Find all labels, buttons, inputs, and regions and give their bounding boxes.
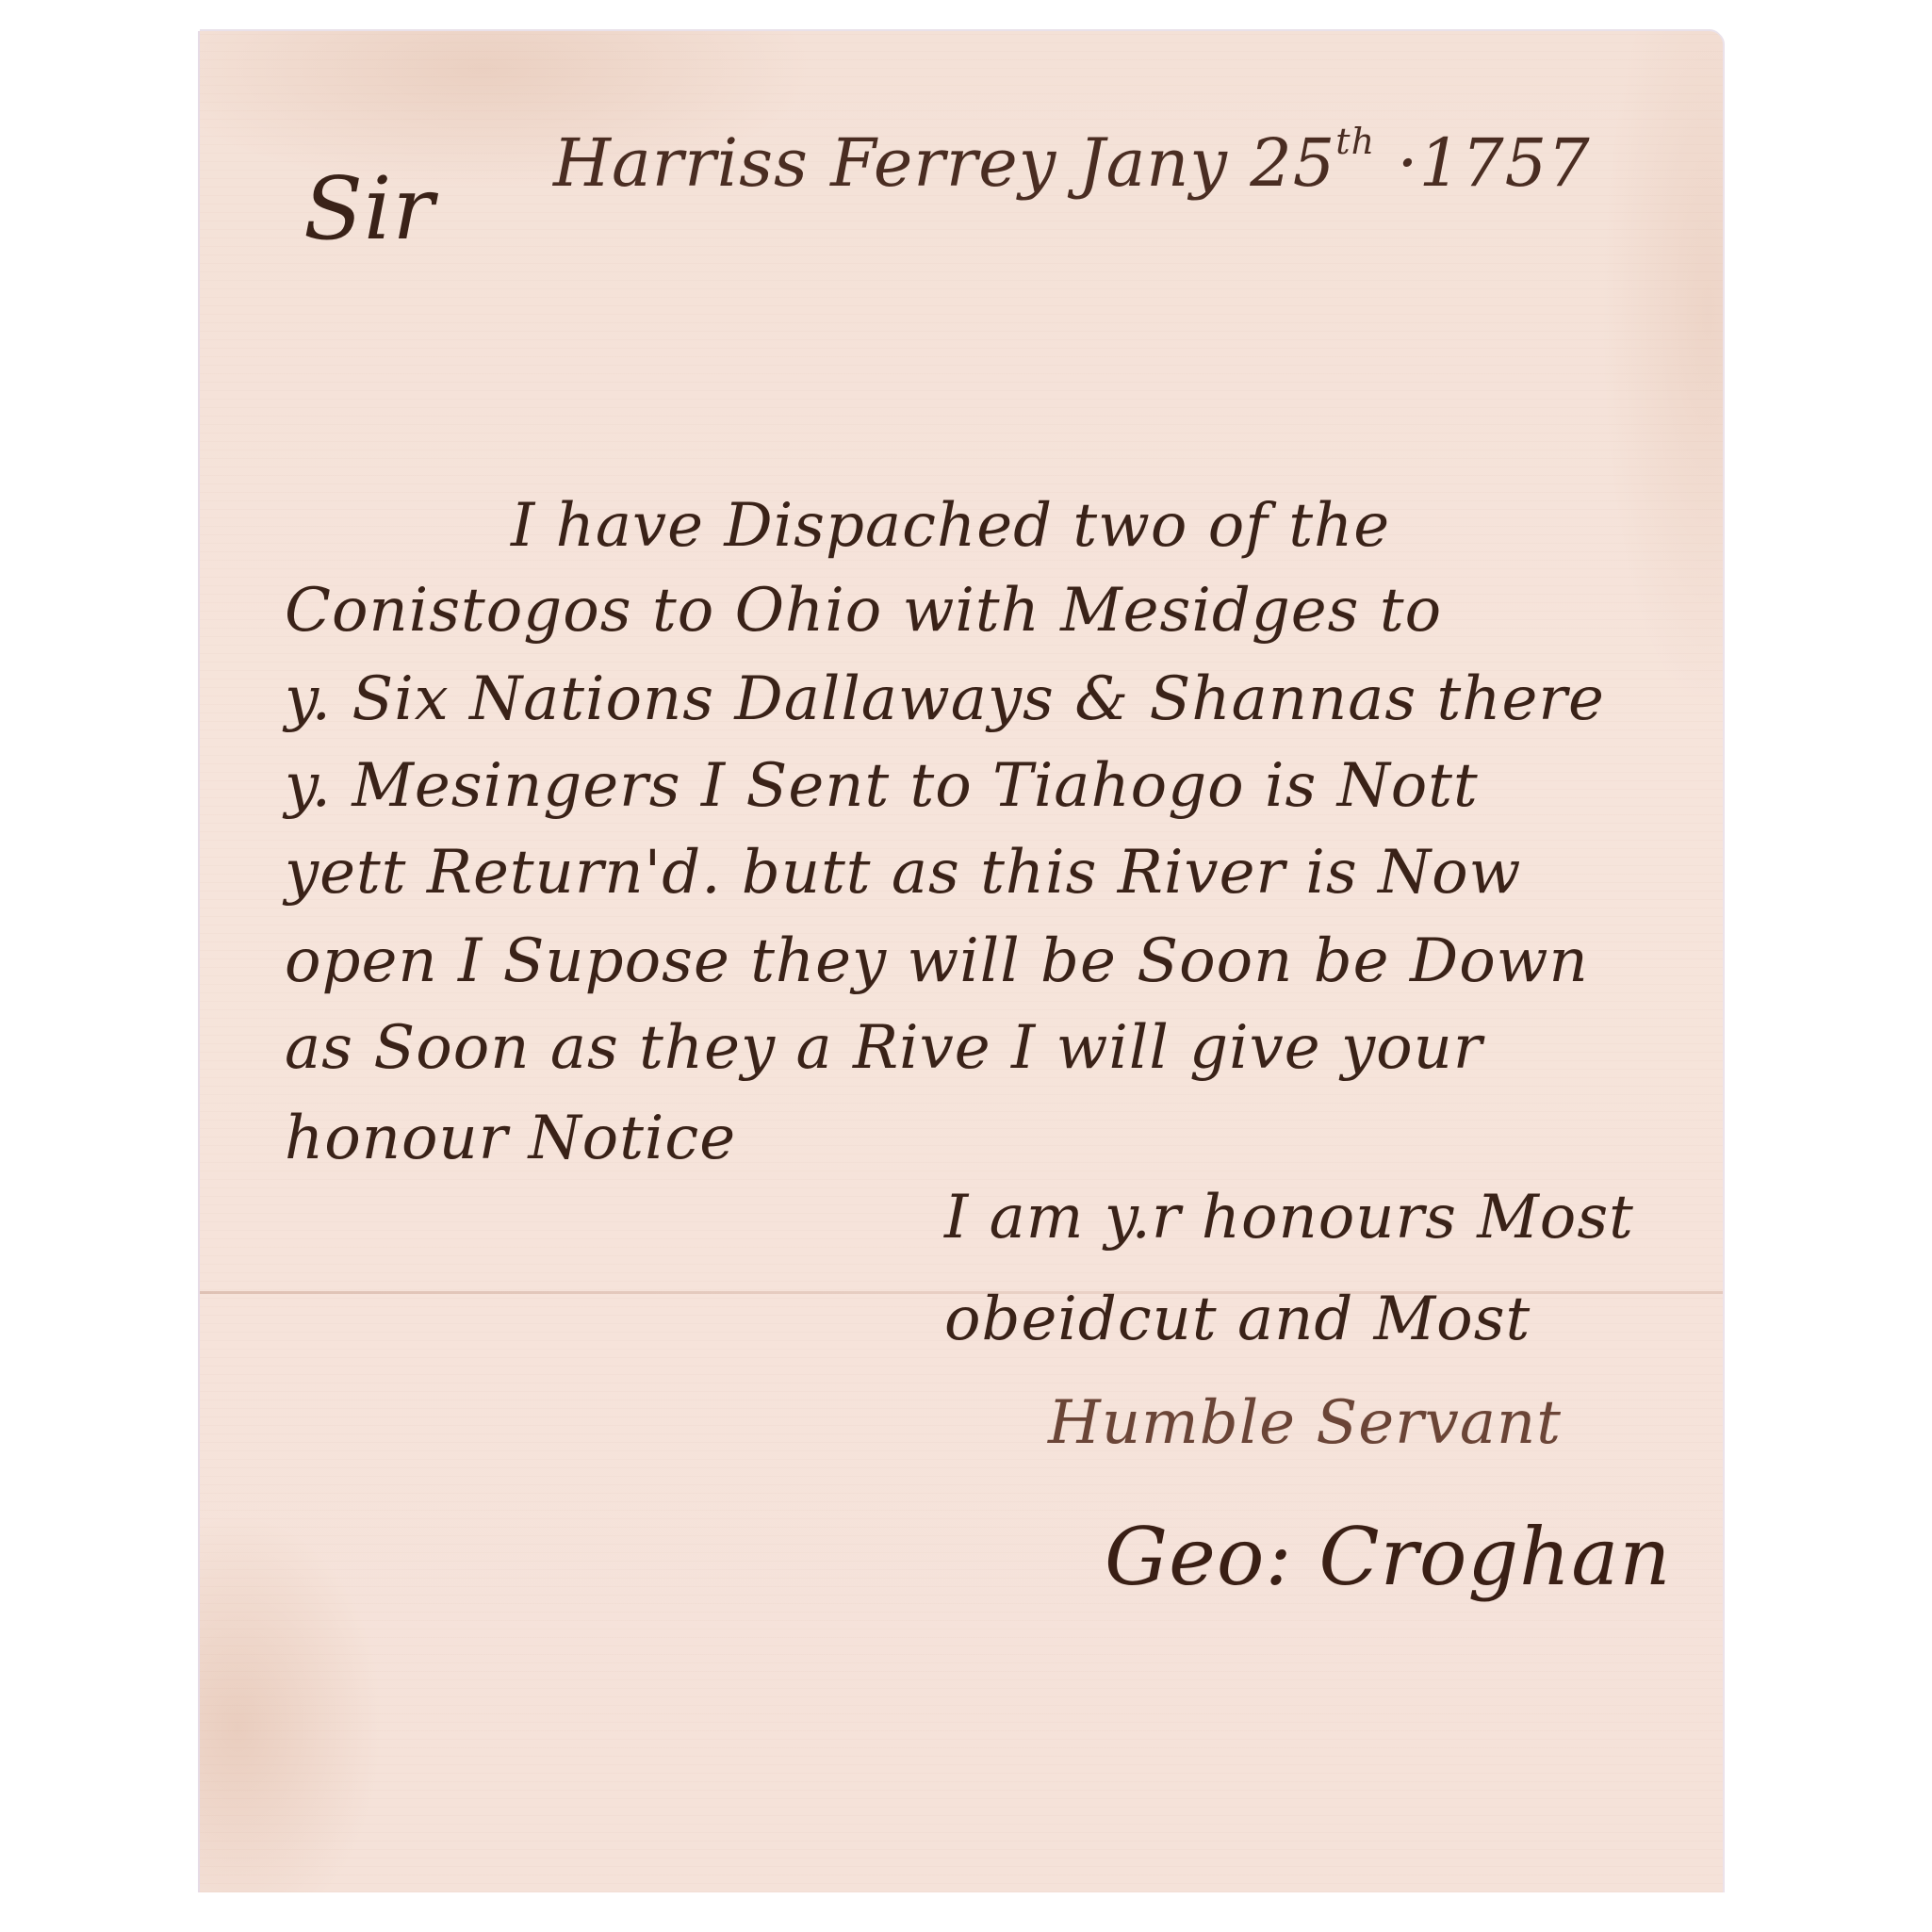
- body-line-1: I have Dispached two of the: [511, 491, 1390, 561]
- body-line-7: as Soon as they a Rive I will give your: [285, 1013, 1482, 1083]
- closing-line-1: I am y.r honours Most: [944, 1183, 1634, 1253]
- dateline-day-suffix: th: [1335, 121, 1375, 162]
- body-line-2: Conistogos to Ohio with Mesidges to: [285, 576, 1442, 646]
- body-line-4: y. Mesingers I Sent to Tiahogo is Nott: [285, 751, 1479, 821]
- body-line-5: yett Return'd. butt as this River is Now: [285, 838, 1521, 908]
- dateline-day: 25: [1250, 124, 1335, 202]
- letter-paper: Sir Harriss Ferrey Jany 25th ·1757 I hav…: [200, 31, 1723, 1892]
- body-line-8: honour Notice: [285, 1104, 736, 1173]
- salutation: Sir: [303, 158, 434, 259]
- dateline-place: Harriss Ferrey: [553, 124, 1056, 202]
- body-line-6: open I Supose they will be Soon be Down: [285, 926, 1589, 996]
- signature: Geo: Croghan: [1105, 1511, 1671, 1603]
- dateline-year: 1757: [1419, 124, 1591, 202]
- dateline-month: Jany: [1079, 124, 1228, 202]
- body-line-3: y. Six Nations Dallaways & Shannas there: [285, 664, 1605, 734]
- closing-line-2: obeidcut and Most: [944, 1285, 1531, 1354]
- dateline: Harriss Ferrey Jany 25th ·1757: [553, 121, 1591, 202]
- closing-line-3: Humble Servant: [1048, 1388, 1562, 1458]
